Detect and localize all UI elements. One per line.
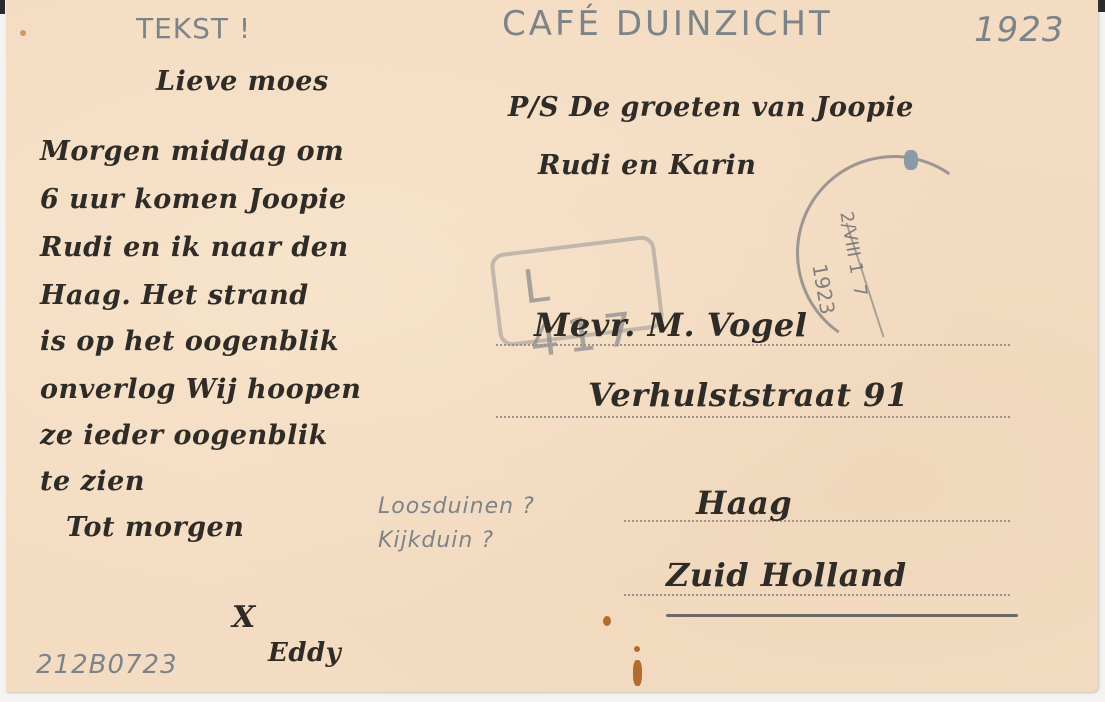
stain <box>634 646 640 652</box>
stain <box>603 616 611 626</box>
postcard-back: TEKST ! CAFÉ DUINZICHT 1923 Loosduinen ?… <box>6 0 1098 692</box>
address-rule <box>496 416 1010 418</box>
address-street: Verhulststraat 91 <box>588 376 909 414</box>
salutation: Lieve moes <box>156 66 329 97</box>
address-rule <box>624 594 1010 596</box>
message-line: 6 uur komen Joopie <box>40 184 347 215</box>
address-province: Zuid Holland <box>666 556 907 594</box>
pencil-note-cafe: CAFÉ DUINZICHT <box>502 4 833 44</box>
pencil-note-location-1: Loosduinen ? <box>378 494 535 519</box>
archive-id: 212B0723 <box>36 650 178 680</box>
message-line: te zien <box>40 466 145 497</box>
message-line: Rudi en ik naar den <box>40 232 349 263</box>
pencil-note-year: 1923 <box>974 10 1065 50</box>
circular-postmark <box>780 139 1007 366</box>
stain <box>633 660 642 686</box>
message-line: ze ieder oogenblik <box>40 420 328 451</box>
message-line: onverlog Wij hoopen <box>40 374 361 405</box>
address-city: Haag <box>696 484 792 522</box>
scan-edge <box>0 0 5 14</box>
postscript-line: Rudi en Karin <box>538 150 756 181</box>
signature: Eddy <box>268 638 341 668</box>
underline <box>666 614 1018 617</box>
address-rule <box>496 344 1010 346</box>
closing: Tot morgen <box>66 512 244 543</box>
ink-blot <box>904 150 918 170</box>
message-line: Haag. Het strand <box>40 280 309 311</box>
postscript-line: P/S De groeten van Joopie <box>508 92 914 123</box>
signature-initial: X <box>232 600 256 635</box>
stain <box>20 30 26 36</box>
message-line: Morgen middag om <box>40 136 344 167</box>
scan-edge <box>1098 0 1105 12</box>
address-rule <box>624 520 1010 522</box>
address-recipient: Mevr. M. Vogel <box>534 306 807 344</box>
pencil-note-tekst: TEKST ! <box>136 12 251 45</box>
pencil-note-location-2: Kijkduin ? <box>378 528 494 553</box>
message-line: is op het oogenblik <box>40 326 339 357</box>
